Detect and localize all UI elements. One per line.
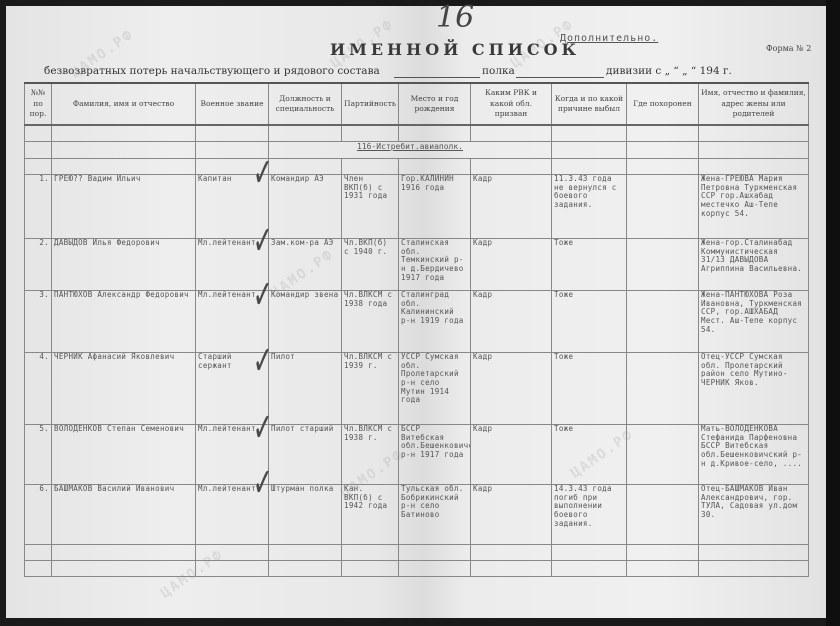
col-header-buried: Где похоронен bbox=[627, 83, 699, 125]
reason: Тоже bbox=[552, 239, 627, 291]
birth: УССР Сумская обл. Пролетарский р-н село … bbox=[399, 353, 471, 425]
casualty-table: №№ по пор. Фамилия, имя и отчество Военн… bbox=[24, 82, 809, 577]
row-number: 4. bbox=[25, 353, 52, 425]
table-row: 2. ДАВЫДОВ Илья Федорович Мл.лейтенант З… bbox=[25, 239, 809, 291]
party: Чл.ВЛКСМ с 1938 года bbox=[342, 291, 399, 353]
checkmark-icon: ✓ bbox=[253, 405, 273, 451]
relatives: Жена-ГРЕЮВА Мария Петровна Туркменская С… bbox=[699, 175, 809, 239]
row-number: 2. bbox=[25, 239, 52, 291]
birth: Тульская обл. Бобрикинский р-н село Бати… bbox=[399, 485, 471, 545]
row-number: 5. bbox=[25, 425, 52, 485]
col-header-rank: Военное звание bbox=[196, 83, 269, 125]
row-number: 1. bbox=[25, 175, 52, 239]
party: Кан. ВКП(б) с 1942 года bbox=[342, 485, 399, 545]
col-header-rvk: Каким РВК и какой обл. призван bbox=[471, 83, 552, 125]
unit-label: 116-Истребит.авиаполк. bbox=[269, 142, 552, 159]
conscription: Кадр bbox=[471, 353, 552, 425]
buried bbox=[627, 239, 699, 291]
scan-edge bbox=[826, 0, 840, 626]
party: Чл.ВЛКСМ с 1939 г. bbox=[342, 353, 399, 425]
row-number: 6. bbox=[25, 485, 52, 545]
row-number: 3. bbox=[25, 291, 52, 353]
checkmark-icon: ✓ bbox=[253, 272, 273, 318]
reason: 14.3.43 года погиб при выполнении боевог… bbox=[552, 485, 627, 545]
buried bbox=[627, 291, 699, 353]
form-number: Форма № 2 bbox=[766, 44, 811, 53]
reason: Тоже bbox=[552, 291, 627, 353]
birth: Сталинская обл. Темкинский р-н д.Бердиче… bbox=[399, 239, 471, 291]
checkmark-icon: ✓ bbox=[253, 150, 273, 196]
buried bbox=[627, 425, 699, 485]
col-header-name: Фамилия, имя и отчество bbox=[52, 83, 196, 125]
position: Командир АЭ bbox=[269, 175, 342, 239]
birth: БССР Витебская обл.Бешенковичский р-н 19… bbox=[399, 425, 471, 485]
col-header-reason: Когда и по какой причине выбыл bbox=[552, 83, 627, 125]
birth: Гор.КАЛИНИН 1916 года bbox=[399, 175, 471, 239]
page-number: 16 bbox=[436, 0, 474, 35]
buried bbox=[627, 175, 699, 239]
relatives: Отец-УССР Сумская обл. Пролетарский райо… bbox=[699, 353, 809, 425]
col-header-number: №№ по пор. bbox=[25, 83, 52, 125]
table-row: 6. БАШМАКОВ Василий Иванович Мл.лейтенан… bbox=[25, 485, 809, 545]
reason: Тоже bbox=[552, 425, 627, 485]
table-row: 1. ГРЕЮ?? Вадим Ильич Капитан Командир А… bbox=[25, 175, 809, 239]
relatives: Отец-БАШМАКОВ Иван Александрович, гор. Т… bbox=[699, 485, 809, 545]
full-name: БАШМАКОВ Василий Иванович bbox=[52, 485, 196, 545]
table-row: 4. ЧЕРНИК Афанасий Яковлевич Старший сер… bbox=[25, 353, 809, 425]
blank-line bbox=[516, 77, 604, 78]
checkmark-icon: ✓ bbox=[253, 460, 273, 506]
relatives: Мать-ВОЛОДЕНКОВА Стефанида Парфеновна БС… bbox=[699, 425, 809, 485]
col-header-party: Партийность bbox=[342, 83, 399, 125]
table-row: 3. ПАНТЮХОВ Александр Федорович Мл.лейте… bbox=[25, 291, 809, 353]
position: Зам.ком-ра АЭ bbox=[269, 239, 342, 291]
relatives: Жена-ПАНТЮХОВА Роза Ивановна, Туркменска… bbox=[699, 291, 809, 353]
reason: Тоже bbox=[552, 353, 627, 425]
table-row: 5. ВОЛОДЕНКОВ Степан Семенович Мл.лейтен… bbox=[25, 425, 809, 485]
blank-line bbox=[394, 77, 480, 78]
section-row: 116-Истребит.авиаполк. bbox=[25, 142, 809, 159]
relatives: Жена-гор.Сталинабад Коммунистическая 31/… bbox=[699, 239, 809, 291]
position: Пилот bbox=[269, 353, 342, 425]
full-name: ГРЕЮ?? Вадим Ильич bbox=[52, 175, 196, 239]
party: Член ВКП(б) с 1931 года bbox=[342, 175, 399, 239]
full-name: ДАВЫДОВ Илья Федорович bbox=[52, 239, 196, 291]
col-header-relatives: Имя, отчество и фамилия, адрес жены или … bbox=[699, 83, 809, 125]
party: Чл.ВКП(б) с 1940 г. bbox=[342, 239, 399, 291]
buried bbox=[627, 485, 699, 545]
conscription: Кадр bbox=[471, 485, 552, 545]
full-name: ВОЛОДЕНКОВ Степан Семенович bbox=[52, 425, 196, 485]
conscription: Кадр bbox=[471, 425, 552, 485]
col-header-birth: Место и год рождения bbox=[399, 83, 471, 125]
document-title: ИМЕННОЙ СПИСОК bbox=[330, 40, 580, 59]
conscription: Кадр bbox=[471, 239, 552, 291]
position: Штурман полка bbox=[269, 485, 342, 545]
buried bbox=[627, 353, 699, 425]
document-subtitle: безвозвратных потерь начальствующего и р… bbox=[44, 65, 380, 77]
position: Командир звена bbox=[269, 291, 342, 353]
checkmark-icon: ✓ bbox=[253, 218, 273, 264]
table-header-row: №№ по пор. Фамилия, имя и отчество Военн… bbox=[25, 83, 809, 125]
position: Пилот старший bbox=[269, 425, 342, 485]
conscription: Кадр bbox=[471, 175, 552, 239]
conscription: Кадр bbox=[471, 291, 552, 353]
division-date-label: дивизии с „ “ „ “ 194 г. bbox=[606, 65, 732, 77]
full-name: ЧЕРНИК Афанасий Яковлевич bbox=[52, 353, 196, 425]
supplementary-stamp: Дополнительно. bbox=[560, 33, 658, 44]
reason: 11.3.43 года не вернулся с боевого задан… bbox=[552, 175, 627, 239]
birth: Сталинград обл. Калининский р-н 1919 год… bbox=[399, 291, 471, 353]
full-name: ПАНТЮХОВ Александр Федорович bbox=[52, 291, 196, 353]
col-header-position: Должность и специальность bbox=[269, 83, 342, 125]
checkmark-icon: ✓ bbox=[253, 338, 273, 384]
party: Чл.ВЛКСМ с 1938 г. bbox=[342, 425, 399, 485]
regiment-label: полка bbox=[482, 65, 515, 77]
